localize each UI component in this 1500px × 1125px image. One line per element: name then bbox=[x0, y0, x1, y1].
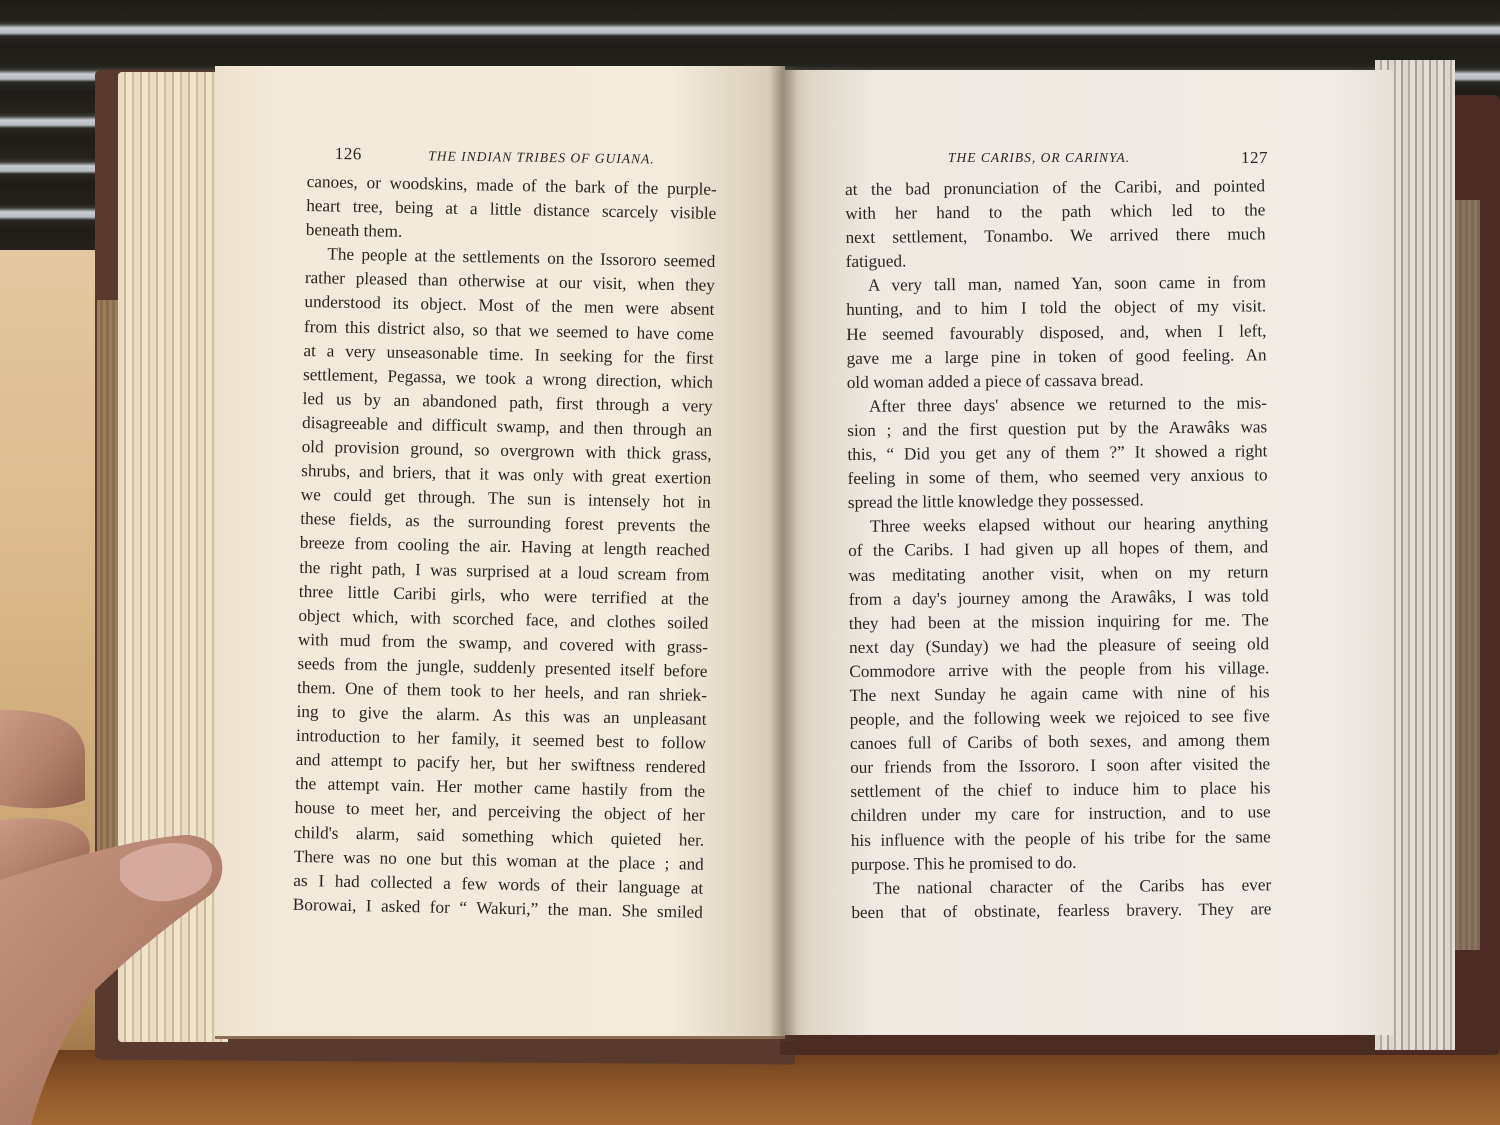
text-line: settlement of the chief to induce him to… bbox=[850, 777, 1270, 805]
text-line: He seemed favourably disposed, and, when… bbox=[846, 319, 1266, 347]
text-line: After three days' absence we returned to… bbox=[847, 391, 1267, 419]
text-line: hunting, and to him I told the object of… bbox=[846, 295, 1266, 323]
text-line: from a day's journey among the Arawâks, … bbox=[849, 584, 1269, 612]
text-line: they had been at the mission inquiring f… bbox=[849, 608, 1269, 636]
text-line: was meditating another visit, when on my… bbox=[848, 560, 1268, 588]
text-line: our friends from the Issororo. I soon af… bbox=[850, 753, 1270, 781]
text-line: been that of obstinate, fearless bravery… bbox=[851, 897, 1271, 925]
text-line: his influence with the people of his tri… bbox=[851, 825, 1271, 853]
text-line: people, and the following week we rejoic… bbox=[850, 704, 1270, 732]
text-line: spread the little knowledge they possess… bbox=[848, 488, 1268, 516]
left-page: 126 THE INDIAN TRIBES OF GUIANA. canoes,… bbox=[215, 66, 785, 1039]
text-line: feeling in some of them, who seemed very… bbox=[848, 463, 1268, 491]
right-page-number: 127 bbox=[1241, 148, 1268, 168]
text-line: The next Sunday he again came with nine … bbox=[849, 680, 1269, 708]
text-line: next settlement, Tonambo. We arrived the… bbox=[845, 223, 1265, 251]
right-running-title: THE CARIBS, OR CARINYA. bbox=[948, 150, 1130, 166]
text-line: sion ; and the first question put by the… bbox=[847, 415, 1267, 443]
text-line: A very tall man, named Yan, soon came in… bbox=[846, 271, 1266, 299]
text-line: next day (Sunday) we had the pleasure of… bbox=[849, 632, 1269, 660]
book-gutter bbox=[770, 66, 798, 1041]
left-running-title: THE INDIAN TRIBES OF GUIANA. bbox=[428, 148, 655, 166]
left-page-body: canoes, or woodskins, made of the bark o… bbox=[293, 170, 717, 925]
text-line: canoes full of Caribs of both sexes, and… bbox=[850, 728, 1270, 756]
text-line: this, “ Did you get any of them ?” It sh… bbox=[847, 439, 1267, 467]
text-line: children under my care for instruction, … bbox=[850, 801, 1270, 829]
left-page-number: 126 bbox=[335, 144, 362, 163]
text-line: The national character of the Caribs has… bbox=[851, 873, 1271, 901]
right-page: THE CARIBS, OR CARINYA. 127 at the bad p… bbox=[783, 70, 1393, 1035]
text-line: of the Caribs. I had given up all hopes … bbox=[848, 536, 1268, 564]
text-line: purpose. This he promised to do. bbox=[851, 849, 1271, 877]
text-line: with her hand to the path which led to t… bbox=[845, 198, 1265, 226]
left-running-head: 126 THE INDIAN TRIBES OF GUIANA. bbox=[335, 144, 655, 168]
text-line: gave me a large pine in token of good fe… bbox=[846, 343, 1266, 371]
right-page-body: at the bad pronunciation of the Caribi, … bbox=[845, 174, 1272, 925]
text-line: at the bad pronunciation of the Caribi, … bbox=[845, 174, 1265, 202]
text-line: fatigued. bbox=[846, 247, 1266, 275]
text-line: old woman added a piece of cassava bread… bbox=[847, 367, 1267, 395]
text-line: Three weeks elapsed without our hearing … bbox=[848, 512, 1268, 540]
text-line: Commodore arrive with the people from hi… bbox=[849, 656, 1269, 684]
hand-holding-book bbox=[0, 710, 230, 1125]
